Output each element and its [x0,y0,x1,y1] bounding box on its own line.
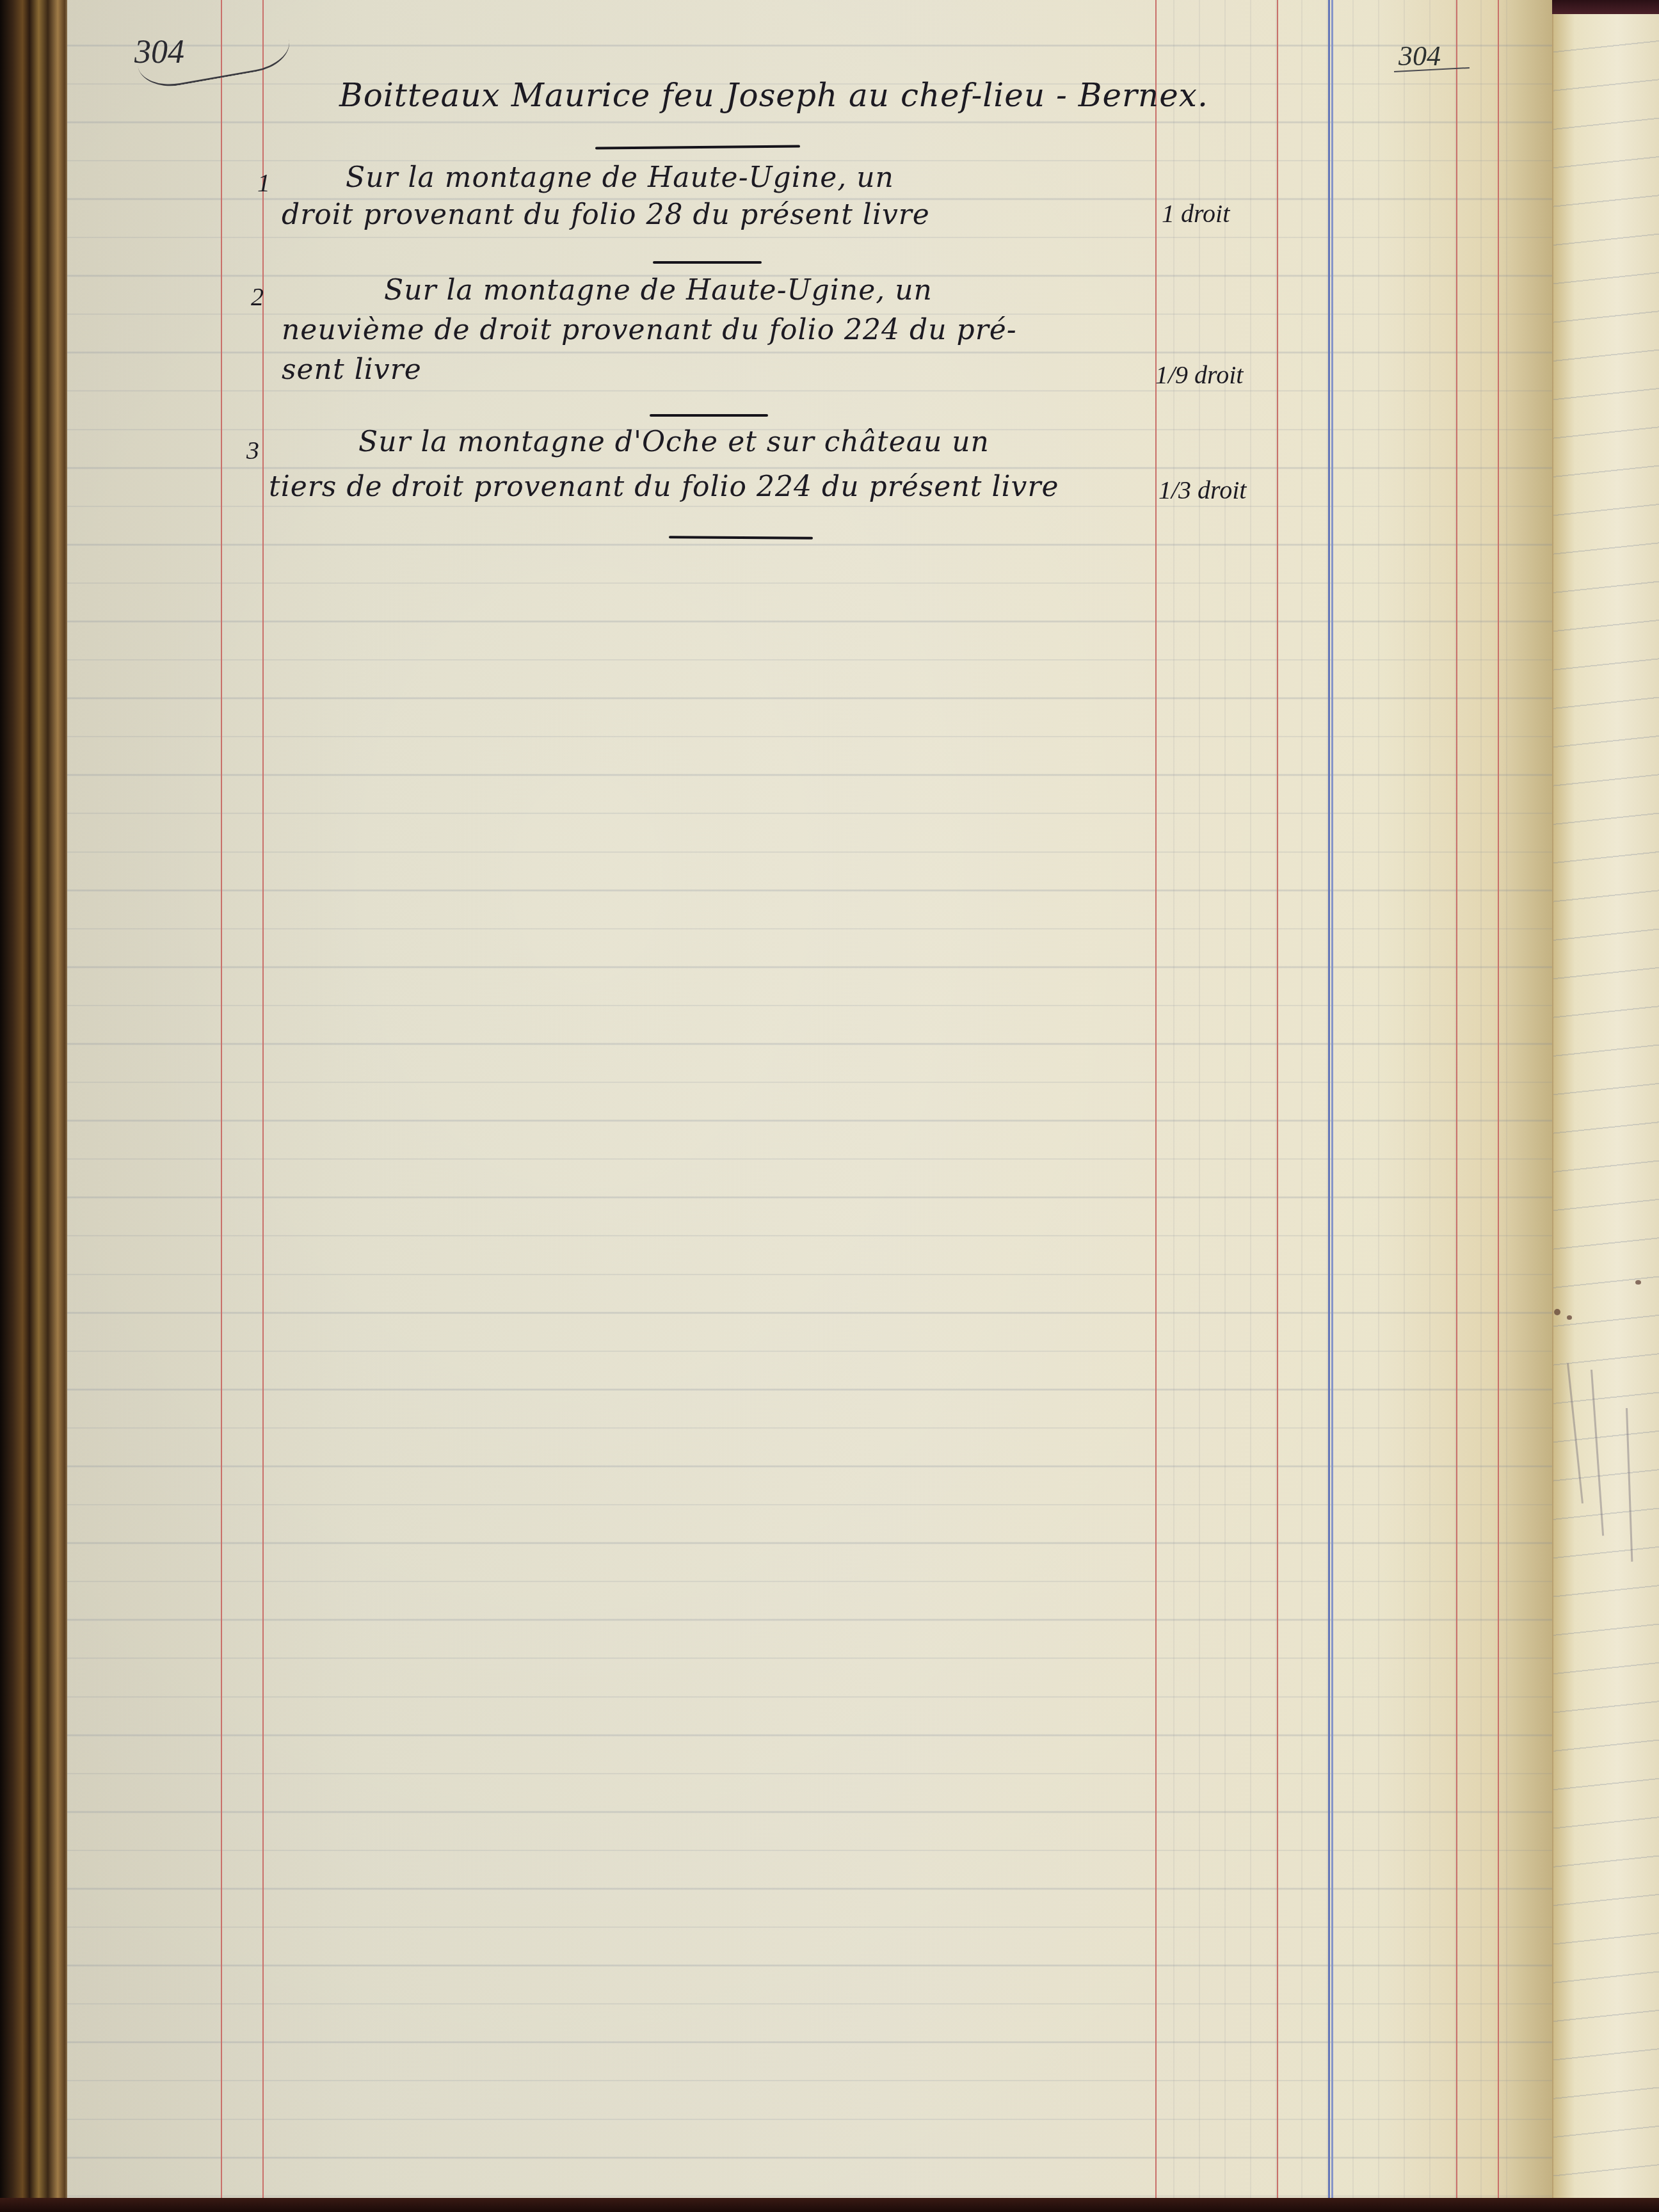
double-blue-rule [1328,0,1330,2199]
entry-quantity: 1/9 droit [1155,360,1243,390]
entry-text-line: Sur la montagne de Haute-Ugine, un [384,274,933,307]
entry-number: 2 [251,282,264,312]
entry-text-line: tiers de droit provenant du folio 224 du… [269,470,1059,503]
entry-quantity: 1 droit [1162,198,1230,228]
entry-quantity: 1/3 droit [1158,475,1246,505]
ink-spot [1554,1309,1560,1315]
entry-text-line: Sur la montagne d'Oche et sur château un [358,426,990,458]
ink-spot [1635,1280,1641,1285]
column-rule-right-2 [1498,0,1499,2199]
owner-heading: Boitteaux Maurice feu Joseph au chef-lie… [339,77,1208,114]
entry-text-line: droit provenant du folio 28 du présent l… [282,198,930,231]
separator-line [653,261,762,264]
book-page-edges [0,0,70,2212]
column-rule-right-1 [1456,0,1457,2199]
ink-spot [1567,1315,1572,1320]
margin-rule-left-1 [221,0,222,2199]
column-rule-text-end [1155,0,1157,2199]
register-photo: 304 304 Boitteaux Maurice feu Joseph au … [0,0,1659,2212]
entry-number: 3 [246,435,259,465]
entry-number: 1 [257,168,270,198]
folio-number-right: 304 [1399,40,1441,72]
facing-page-edge [1552,14,1659,2199]
entry-text-line: Sur la montagne de Haute-Ugine, un [346,161,894,194]
entry-text-line: sent livre [282,353,422,386]
column-rule-quantity-end [1277,0,1278,2199]
entry-text-line: neuvième de droit provenant du folio 224… [282,314,1017,346]
separator-line [650,414,768,417]
margin-rule-left-2 [262,0,264,2199]
book-bottom-edge [0,2198,1659,2212]
